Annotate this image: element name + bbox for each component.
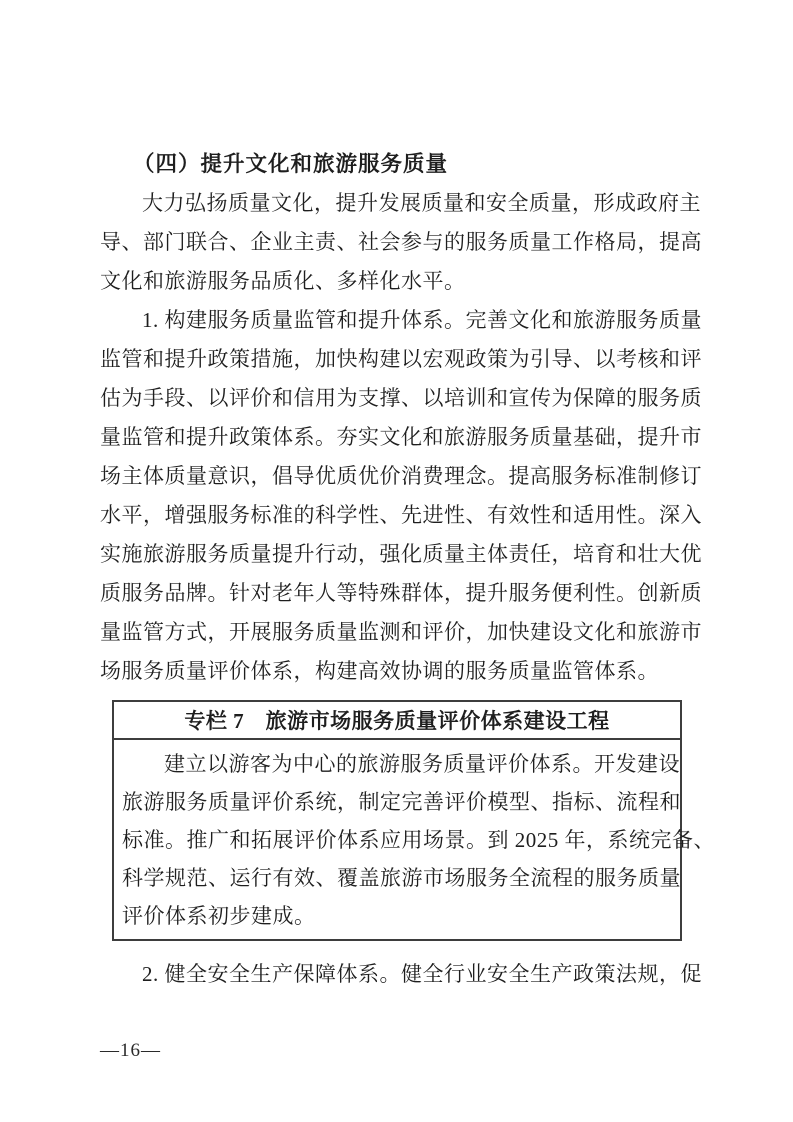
document-page: （四）提升文化和旅游服务质量 大力弘扬质量文化，提升发展质量和安全质量，形成政府… xyxy=(0,0,793,1122)
text-line: 导、部门联合、企业主责、社会参与的服务质量工作格局，提高 xyxy=(100,223,692,262)
text-line: 场服务质量评价体系，构建高效协调的服务质量监管体系。 xyxy=(100,652,692,691)
text-line: 评价体系初步建成。 xyxy=(122,897,672,935)
text-line: 大力弘扬质量文化，提升发展质量和安全质量，形成政府主 xyxy=(100,184,692,223)
text-line: 监管和提升政策措施，加快构建以宏观政策为引导、以考核和评 xyxy=(100,340,692,379)
text-line: 2. 健全安全生产保障体系。健全行业安全生产政策法规，促 xyxy=(100,955,692,994)
text-line: 1. 构建服务质量监管和提升体系。完善文化和旅游服务质量 xyxy=(100,301,692,340)
text-line: 量监管方式，开展服务质量监测和评价，加快建设文化和旅游市 xyxy=(100,613,692,652)
page-number: —16— xyxy=(100,1040,161,1062)
text-line: 场主体质量意识，倡导优质优价消费理念。提高服务标准制修订 xyxy=(100,457,692,496)
paragraph-1: 大力弘扬质量文化，提升发展质量和安全质量，形成政府主 导、部门联合、企业主责、社… xyxy=(100,184,692,301)
box-title: 专栏 7 旅游市场服务质量评价体系建设工程 xyxy=(114,702,680,740)
document-content: （四）提升文化和旅游服务质量 大力弘扬质量文化，提升发展质量和安全质量，形成政府… xyxy=(100,145,692,994)
text-line: 建立以游客为中心的旅游服务质量评价体系。开发建设 xyxy=(122,745,672,783)
box-body: 建立以游客为中心的旅游服务质量评价体系。开发建设 旅游服务质量评价系统，制定完善… xyxy=(114,740,680,939)
text-line: 文化和旅游服务品质化、多样化水平。 xyxy=(100,262,692,301)
text-line: 估为手段、以评价和信用为支撑、以培训和宣传为保障的服务质 xyxy=(100,379,692,418)
special-column-box: 专栏 7 旅游市场服务质量评价体系建设工程 建立以游客为中心的旅游服务质量评价体… xyxy=(112,700,682,941)
paragraph-2: 1. 构建服务质量监管和提升体系。完善文化和旅游服务质量 监管和提升政策措施，加… xyxy=(100,301,692,691)
text-line: 量监管和提升政策体系。夯实文化和旅游服务质量基础，提升市 xyxy=(100,418,692,457)
text-line: 标准。推广和拓展评价体系应用场景。到 2025 年，系统完备、 xyxy=(122,821,672,859)
paragraph-3: 2. 健全安全生产保障体系。健全行业安全生产政策法规，促 xyxy=(100,955,692,994)
text-line: 质服务品牌。针对老年人等特殊群体，提升服务便利性。创新质 xyxy=(100,574,692,613)
section-heading: （四）提升文化和旅游服务质量 xyxy=(100,145,692,184)
text-line: 旅游服务质量评价系统，制定完善评价模型、指标、流程和 xyxy=(122,783,672,821)
text-line: 实施旅游服务质量提升行动，强化质量主体责任，培育和壮大优 xyxy=(100,535,692,574)
text-line: 科学规范、运行有效、覆盖旅游市场服务全流程的服务质量 xyxy=(122,859,672,897)
text-line: 水平，增强服务标准的科学性、先进性、有效性和适用性。深入 xyxy=(100,496,692,535)
